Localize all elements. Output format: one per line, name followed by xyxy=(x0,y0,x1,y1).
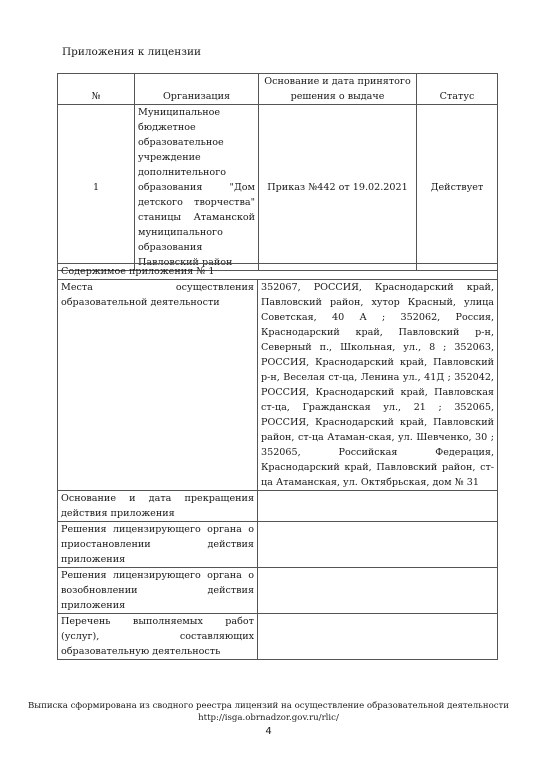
row-value xyxy=(258,491,498,522)
addresses-text: 352067, РОССИЯ, Краснодарский край, Павл… xyxy=(261,280,494,490)
application-organization: Муниципальное бюджетное образовательное … xyxy=(135,105,259,271)
org-line: образовательное xyxy=(138,135,255,150)
org-line: Муниципальное xyxy=(138,105,255,120)
row-label: Решения лицензирующего органа о возобнов… xyxy=(58,568,258,614)
table-row: 1 Муниципальное бюджетное образовательно… xyxy=(58,105,498,271)
applications-table: № Организация Основание и дата принятого… xyxy=(57,73,498,271)
header-number: № xyxy=(58,74,135,105)
row-label: Места осуществления образовательной деят… xyxy=(58,280,258,491)
row-label: Основание и дата прекращения действия пр… xyxy=(58,491,258,522)
table-row: Решения лицензирующего органа о возобнов… xyxy=(58,568,498,614)
row-value xyxy=(258,614,498,660)
org-line: учреждение xyxy=(138,150,255,165)
application-contents-table: Содержимое приложения № 1 Места осуществ… xyxy=(57,263,498,660)
header-status: Статус xyxy=(417,74,498,105)
page-number: 4 xyxy=(0,726,537,737)
header-organization: Организация xyxy=(135,74,259,105)
org-line: муниципального xyxy=(138,225,255,240)
org-line: бюджетное xyxy=(138,120,255,135)
application-status: Действует xyxy=(417,105,498,271)
row-value: 352067, РОССИЯ, Краснодарский край, Павл… xyxy=(258,280,498,491)
row-label: Решения лицензирующего органа о приостан… xyxy=(58,522,258,568)
org-line: станицы Атаманской xyxy=(138,210,255,225)
table-row: Основание и дата прекращения действия пр… xyxy=(58,491,498,522)
org-line: дополнительного xyxy=(138,165,255,180)
org-line: образования xyxy=(138,240,255,255)
table-row: Решения лицензирующего органа о приостан… xyxy=(58,522,498,568)
org-line: образования "Дом xyxy=(138,180,255,195)
header-decision: Основание и дата принятого решения о выд… xyxy=(259,74,417,105)
row-label-text: Решения лицензирующего органа о возобнов… xyxy=(61,568,254,613)
table-row: Места осуществления образовательной деят… xyxy=(58,280,498,491)
table-row: Перечень выполняемых работ (услуг), сост… xyxy=(58,614,498,660)
applications-header-row: № Организация Основание и дата принятого… xyxy=(58,74,498,105)
row-label-text: Места осуществления образовательной деят… xyxy=(61,280,254,310)
row-label: Перечень выполняемых работ (услуг), сост… xyxy=(58,614,258,660)
row-label-text: Основание и дата прекращения действия пр… xyxy=(61,491,254,521)
application-decision: Приказ №442 от 19.02.2021 xyxy=(259,105,417,271)
org-line: детского творчества" xyxy=(138,195,255,210)
application-number: 1 xyxy=(58,105,135,271)
row-label-text: Решения лицензирующего органа о приостан… xyxy=(61,522,254,567)
row-label-text: Перечень выполняемых работ (услуг), сост… xyxy=(61,614,254,659)
page-heading: Приложения к лицензии xyxy=(62,45,201,59)
contents-title-row: Содержимое приложения № 1 xyxy=(58,264,498,280)
footer-note: Выписка сформирована из сводного реестра… xyxy=(0,700,537,724)
row-value xyxy=(258,568,498,614)
contents-title: Содержимое приложения № 1 xyxy=(58,264,498,280)
row-value xyxy=(258,522,498,568)
